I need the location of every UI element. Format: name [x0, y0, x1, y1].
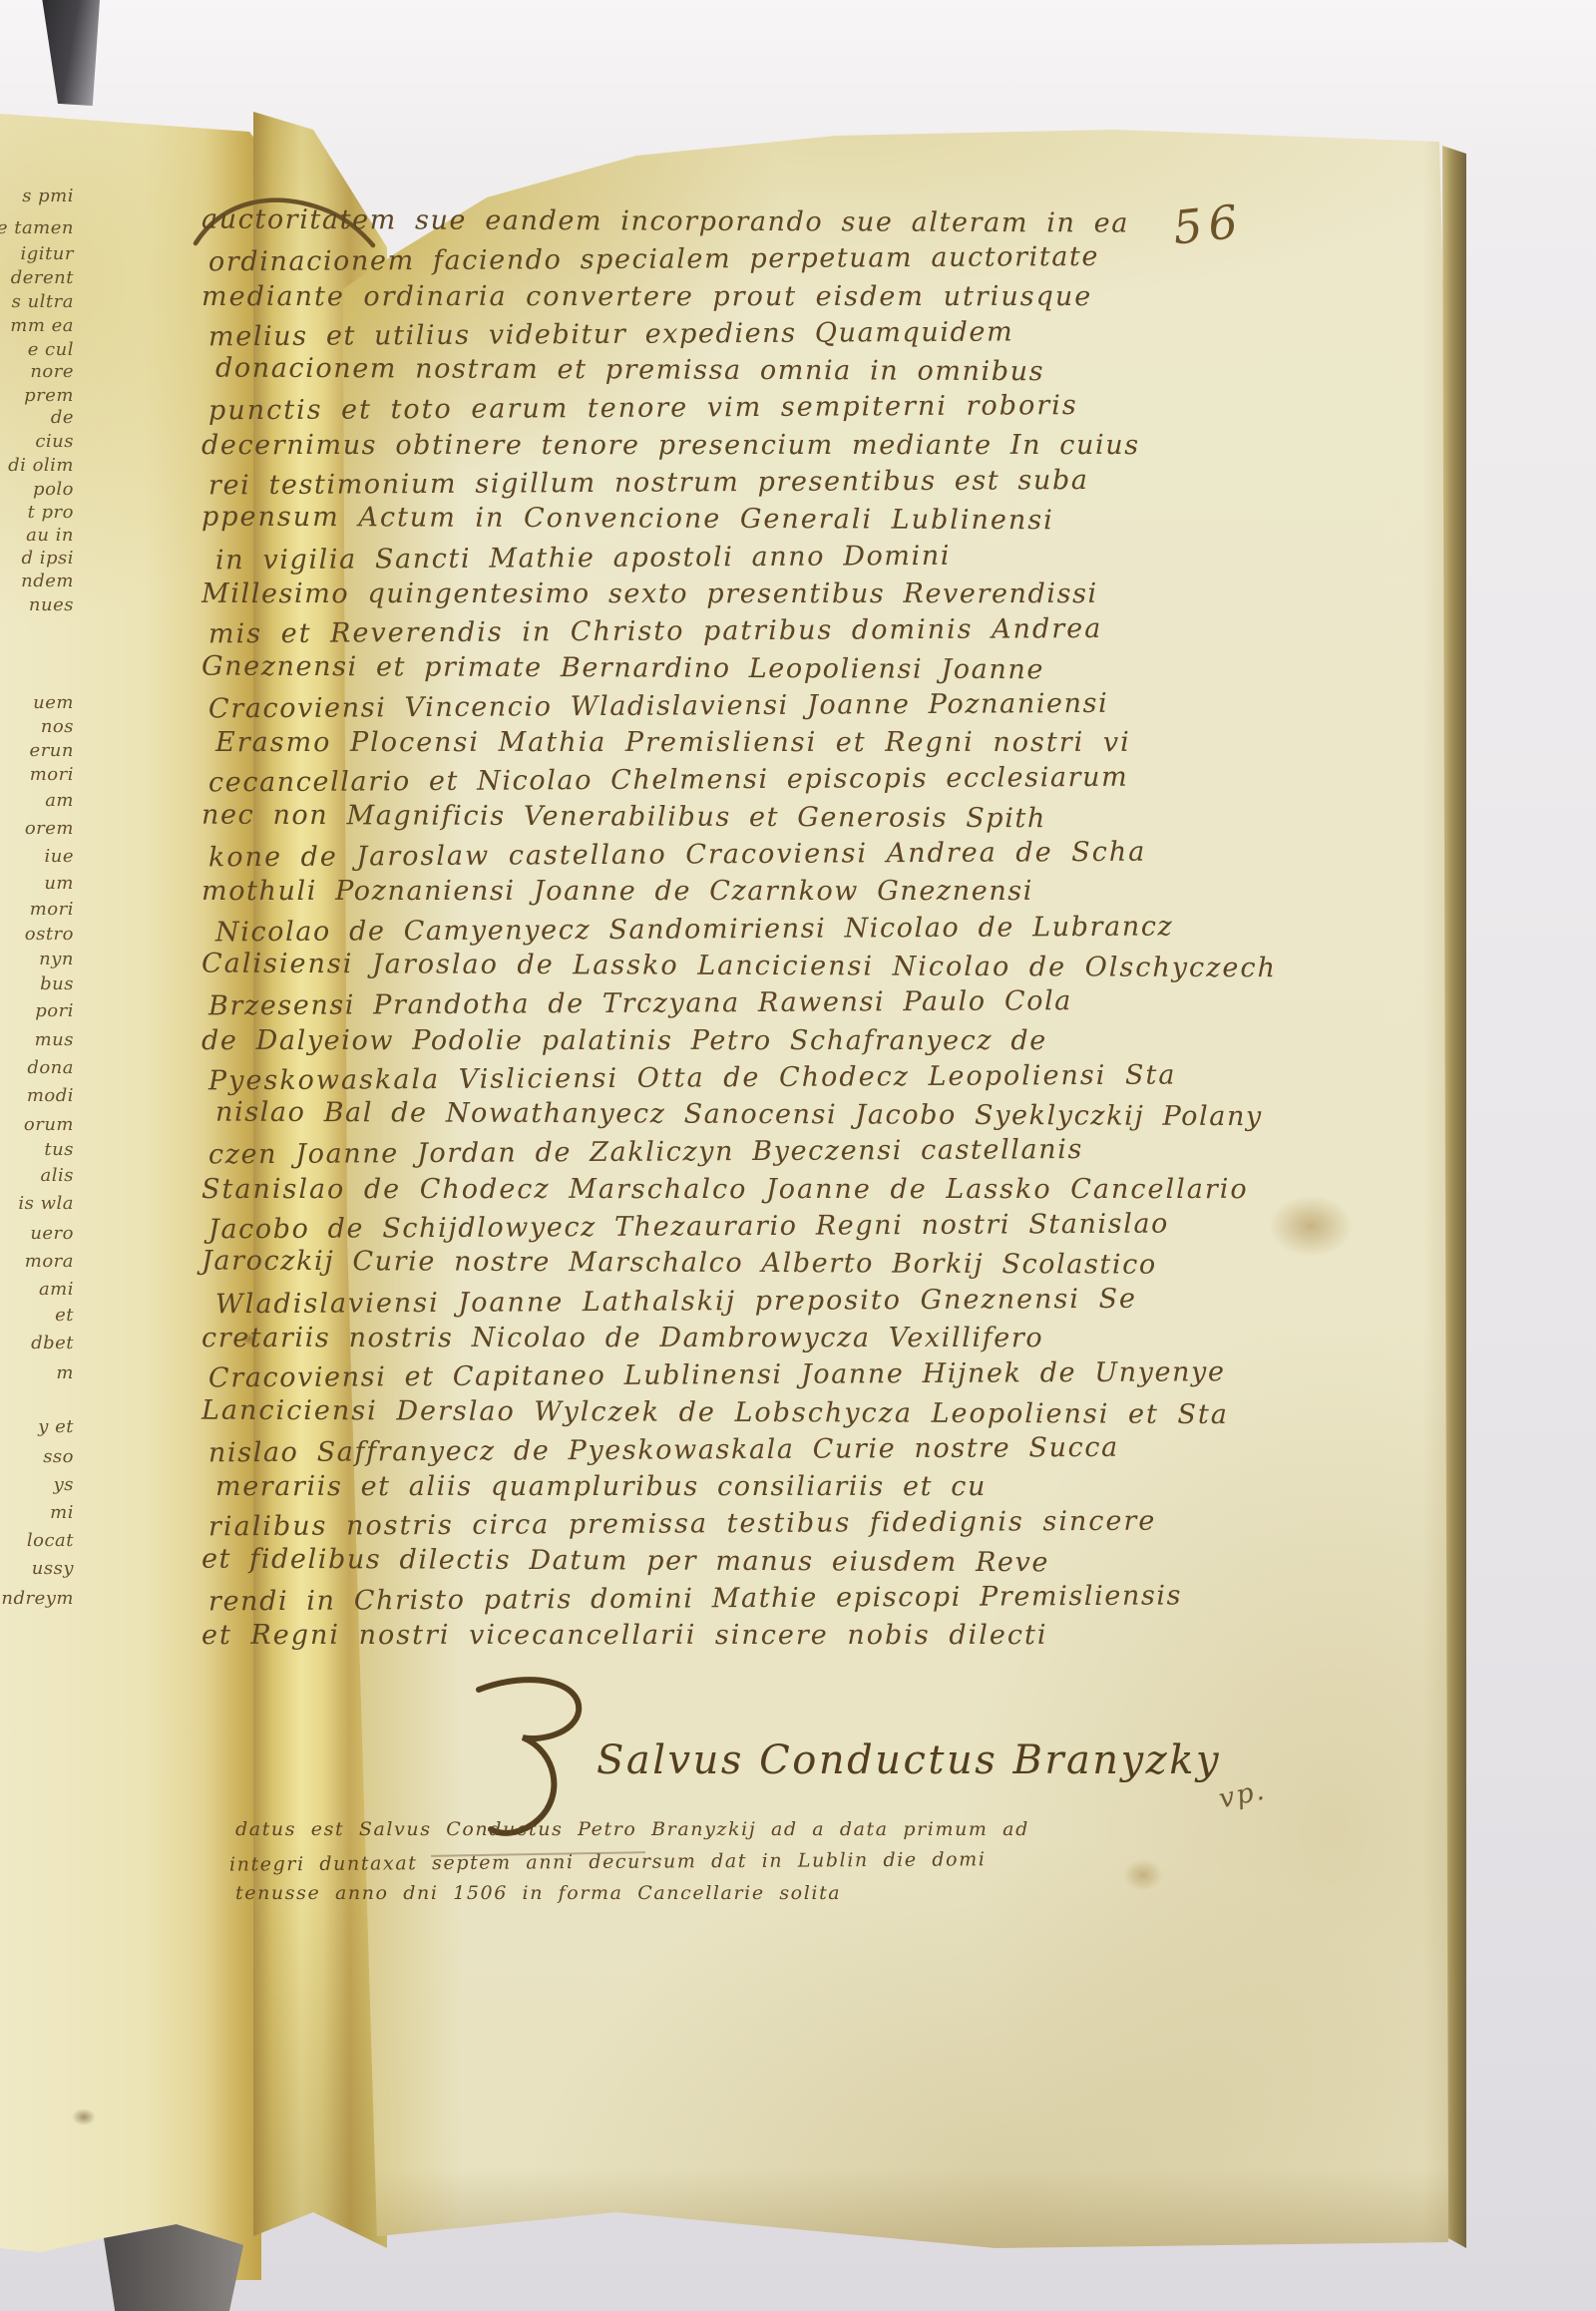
note-line: datus est Salvus Conductus Petro Branyzk…	[235, 1813, 1243, 1845]
text-line: Nicolao de Camyenyecz Sandomiriensi Nico…	[215, 907, 1314, 951]
margin-fragment: mi	[50, 1502, 74, 1523]
margin-fragment: locat	[27, 1530, 74, 1551]
text-line: Pyeskowaskala Visliciensi Otta de Chodec…	[208, 1055, 1314, 1099]
text-line: rialibus nostris circa premissa testibus…	[208, 1502, 1314, 1546]
text-line: rei testimonium sigillum nostrum present…	[208, 461, 1314, 505]
margin-fragment: te tamen	[0, 217, 74, 238]
margin-fragment: mm ea	[10, 315, 74, 336]
text-line: cecancellario et Nicolao Chelmensi episc…	[208, 758, 1314, 802]
text-line: mediante ordinaria convertere prout eisd…	[201, 278, 1314, 315]
note-line: tenusse anno dni 1506 in forma Cancellar…	[235, 1877, 1243, 1909]
margin-fragment: au in	[26, 525, 74, 546]
margin-fragment: mora	[25, 1251, 74, 1272]
margin-fragment: modi	[27, 1085, 74, 1106]
margin-fragment: et	[55, 1305, 74, 1326]
text-line: Brzesensi Prandotha de Trczyana Rawensi …	[208, 981, 1314, 1025]
margin-fragment: polo	[33, 479, 74, 500]
text-line: mothuli Poznaniensi Joanne de Czarnkow G…	[201, 873, 1314, 910]
body-text: auctoritatem sue eandem incorporando sue…	[201, 203, 1314, 1655]
margin-fragment: ussy	[32, 1558, 74, 1579]
margin-fragment: nyn	[39, 949, 74, 969]
margin-fragment: sso	[43, 1446, 74, 1467]
margin-fragment: orum	[24, 1114, 74, 1135]
margin-fragment: prem	[24, 385, 74, 406]
margin-fragment: d ipsi	[21, 548, 74, 569]
margin-fragment: mori	[30, 764, 74, 785]
margin-fragment: nues	[29, 594, 74, 615]
margin-fragment: derent	[11, 267, 74, 288]
margin-fragment: cius	[35, 431, 74, 452]
margin-fragment: nore	[30, 361, 74, 382]
text-line: Lanciciensi Derslao Wylczek de Lobschycz…	[201, 1391, 1314, 1433]
text-line: donacionem nostram et premissa omnia in …	[215, 350, 1314, 392]
text-line: et fidelibus dilectis Datum per manus ei…	[201, 1540, 1314, 1582]
margin-fragment: ostro	[25, 924, 74, 945]
text-line: nislao Saffranyecz de Pyeskowaskala Curi…	[208, 1427, 1314, 1471]
margin-fragment: is wla	[18, 1193, 74, 1214]
margin-fragment: uero	[30, 1223, 74, 1244]
margin-fragment: ndreym	[1, 1588, 74, 1609]
margin-fragment: ndem	[21, 571, 74, 591]
margin-fragment: m	[56, 1362, 74, 1383]
margin-fragment: e cul	[28, 339, 74, 360]
text-line: ordinacionem faciendo specialem perpetua…	[208, 237, 1314, 281]
margin-fragment: di olim	[8, 455, 74, 476]
text-line: Jaroczkij Curie nostre Marschalco Albert…	[201, 1243, 1314, 1285]
text-line: Erasmo Plocensi Mathia Premisliensi et R…	[215, 724, 1314, 761]
text-line: Calisiensi Jaroslao de Lassko Lanciciens…	[201, 946, 1314, 987]
entry-heading: Salvus Conductus Branyzky	[597, 1737, 1221, 1783]
text-line: rendi in Christo patris domini Mathie ep…	[208, 1577, 1314, 1621]
margin-fragment: orem	[25, 818, 74, 839]
margin-fragment: mori	[30, 899, 74, 920]
margin-fragment: iue	[44, 846, 74, 867]
text-line: Stanislao de Chodecz Marschalco Joanne d…	[201, 1171, 1314, 1208]
margin-fragment: t pro	[28, 502, 74, 523]
text-line: kone de Jaroslaw castellano Cracoviensi …	[208, 833, 1314, 877]
text-line: melius et utilius videbitur expediens Qu…	[208, 312, 1314, 356]
margin-fragment: bus	[40, 973, 74, 994]
facing-page-text-fragments: s pmite tamenigiturderents ultramm eae c…	[0, 0, 78, 1696]
text-line: cretariis nostris Nicolao de Dambrowycza…	[201, 1320, 1314, 1356]
text-line: czen Joanne Jordan de Zakliczyn Byeczens…	[208, 1130, 1314, 1174]
text-line: Wladislaviensi Joanne Lathalskij preposi…	[215, 1279, 1314, 1323]
margin-fragment: igitur	[21, 243, 74, 264]
text-line: punctis et toto earum tenore vim sempite…	[208, 386, 1314, 430]
text-line: auctoritatem sue eandem incorporando sue…	[201, 201, 1314, 243]
text-line: et Regni nostri vicecancellarii sincere …	[201, 1617, 1314, 1654]
margin-fragment: dbet	[31, 1333, 74, 1353]
margin-fragment: y et	[38, 1416, 74, 1437]
margin-fragment: ami	[39, 1279, 74, 1300]
text-line: Cracoviensi Vincencio Wladislaviensi Joa…	[208, 683, 1314, 727]
text-line: in vigilia Sancti Mathie apostoli anno D…	[215, 535, 1314, 578]
margin-fragment: alis	[41, 1165, 74, 1186]
margin-fragment: am	[45, 790, 74, 811]
margin-fragment: s ultra	[12, 291, 74, 312]
text-line: nislao Bal de Nowathanyecz Sanocensi Jac…	[215, 1094, 1314, 1136]
margin-fragment: nos	[41, 716, 74, 737]
text-line: merariis et aliis quampluribus consiliar…	[215, 1468, 1314, 1505]
margin-fragment: um	[44, 873, 74, 894]
text-line: nec non Magnificis Venerabilibus et Gene…	[201, 796, 1314, 838]
margin-fragment: dona	[27, 1057, 74, 1078]
text-line: Jacobo de Schijdlowyecz Thezaurario Regn…	[208, 1205, 1314, 1249]
text-line: decernimus obtinere tenore presencium me…	[201, 427, 1314, 464]
margin-fragment: ys	[54, 1474, 74, 1495]
text-line: de Dalyeiow Podolie palatinis Petro Scha…	[201, 1022, 1314, 1059]
text-line: mis et Reverendis in Christo patribus do…	[208, 609, 1314, 653]
margin-fragment: erun	[30, 740, 74, 761]
margin-fragment: tus	[44, 1139, 74, 1160]
margin-fragment: mus	[35, 1029, 74, 1050]
margin-fragment: de	[51, 407, 74, 428]
chancery-note: datus est Salvus Conductus Petro Branyzk…	[235, 1813, 1243, 1909]
text-line: Gneznensi et primate Bernardino Leopolie…	[201, 647, 1314, 689]
parchment-stain	[72, 2109, 96, 2125]
margin-fragment: uem	[33, 692, 74, 713]
text-line: ppensum Actum in Convencione Generali Lu…	[201, 499, 1314, 541]
text-line: Millesimo quingentesimo sexto presentibu…	[201, 576, 1314, 612]
manuscript-photo: s pmite tamenigiturderents ultramm eae c…	[0, 0, 1596, 2311]
margin-fragment: pori	[35, 1000, 74, 1021]
note-line: integri duntaxat septem anni decursum da…	[229, 1841, 1243, 1880]
margin-fragment: s pmi	[22, 186, 74, 206]
text-line: Cracoviensi et Capitaneo Lublinensi Joan…	[208, 1353, 1314, 1397]
